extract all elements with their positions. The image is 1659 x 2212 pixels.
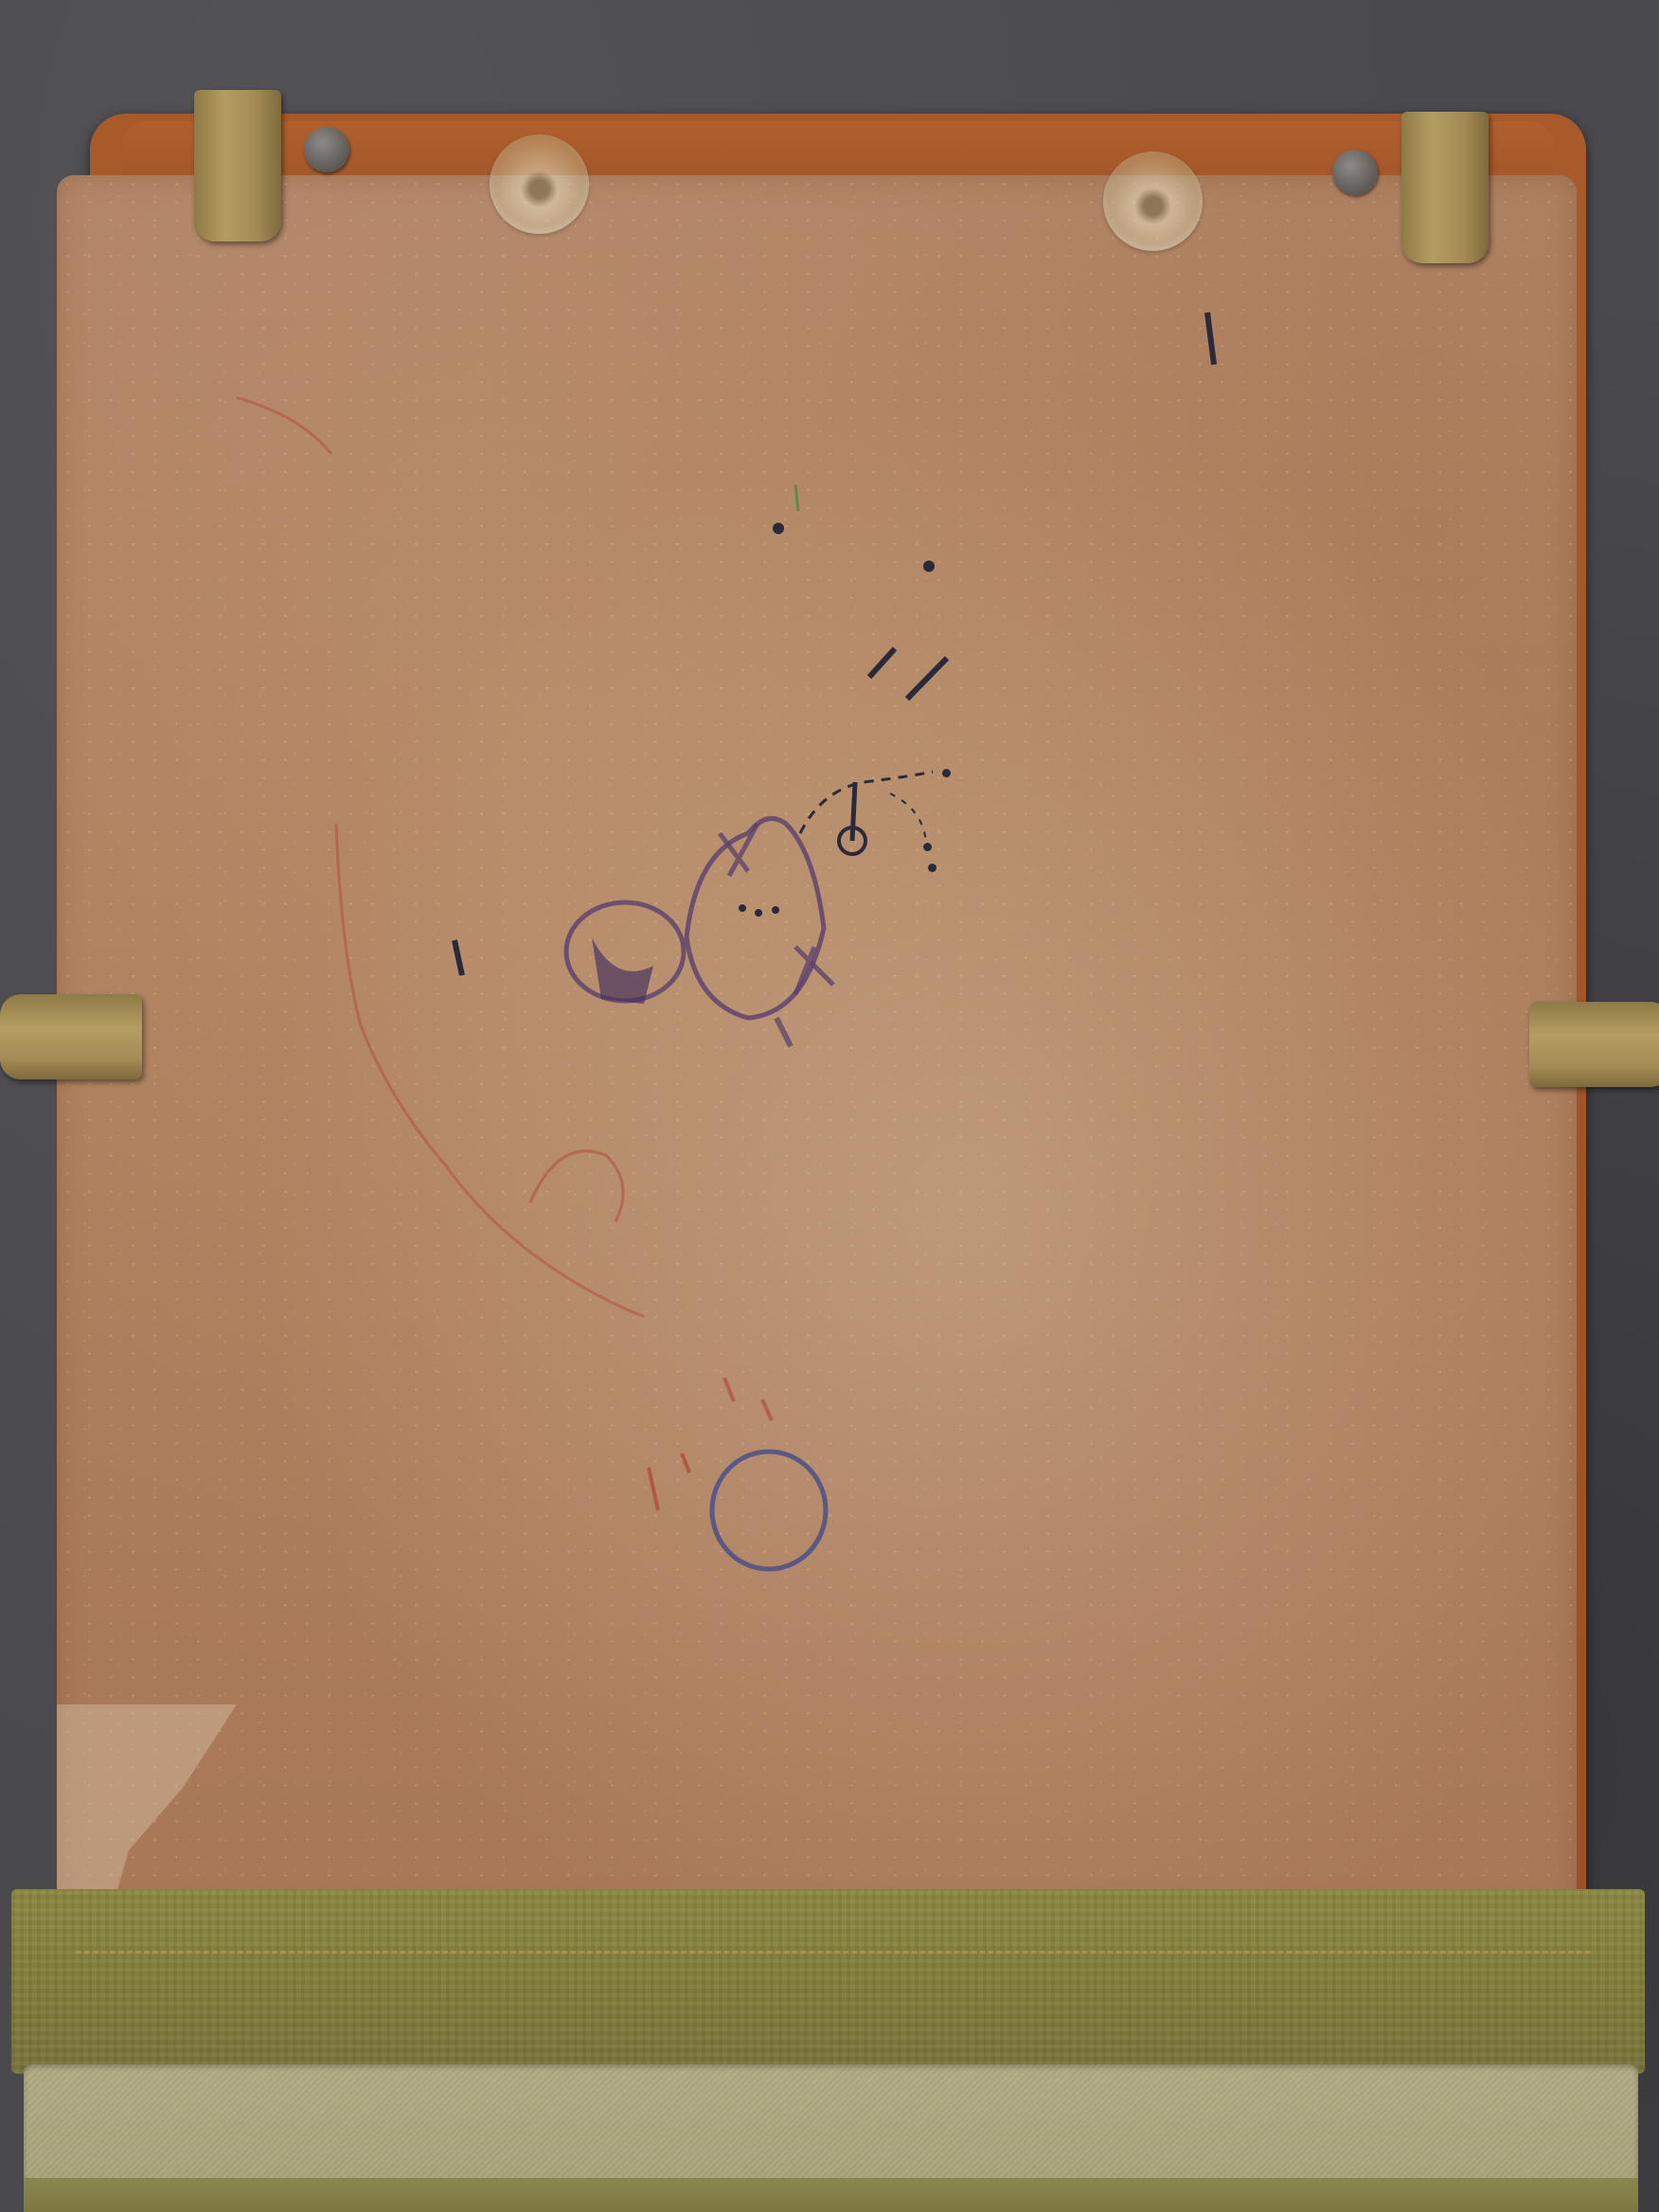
canvas-stitching (76, 1951, 1591, 1953)
pencil-dot (773, 523, 784, 534)
pencil-dot (772, 906, 779, 914)
pencil-dot (755, 909, 762, 917)
olive-canvas-band (11, 1889, 1645, 2074)
pencil-dot (923, 843, 932, 851)
pencil-dot (739, 904, 746, 912)
pencil-dot (923, 561, 935, 572)
pencil-dot (942, 769, 951, 777)
sheet-markings (0, 0, 1659, 2212)
pencil-dot (928, 864, 937, 872)
canvas-pocket-lower-band (24, 2178, 1638, 2212)
